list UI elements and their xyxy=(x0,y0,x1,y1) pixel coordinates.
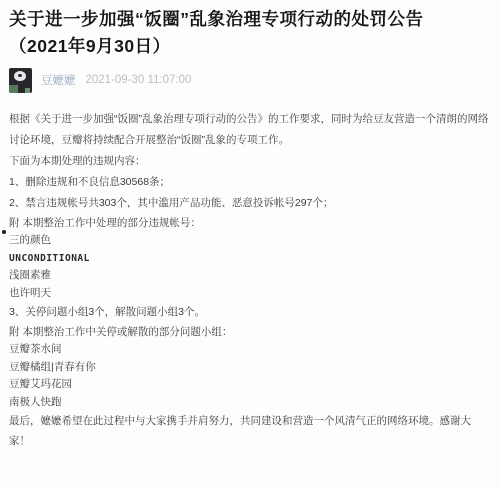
banned-account: 浅圈素雅 xyxy=(9,267,491,285)
banned-account: 三的颜色 xyxy=(9,232,491,250)
closed-group: 豆瓣茶水间 xyxy=(9,341,491,359)
title-line1: 关于进一步加强“饭圈”乱象治理专项行动的处罚公告 xyxy=(9,9,424,29)
closed-group: 豆瓣橘组|青春有你 xyxy=(9,359,491,377)
banned-accounts-list: 三的颜色 UNCONDITIONAL 浅圈素雅 也许明天 xyxy=(9,232,491,302)
post-meta-row: 豆嬷嬷 2021-09-30 11:07:00 xyxy=(9,67,491,93)
avatar-green-patch-small xyxy=(25,88,30,93)
closed-group: 南极人快跑 xyxy=(9,394,491,412)
closing-paragraph: 最后，嬷嬷希望在此过程中与大家携手并肩努力，共同建设和营造一个风清气正的网络环境… xyxy=(9,411,491,451)
page-title: 关于进一步加强“饭圈”乱象治理专项行动的处罚公告（2021年9月30日） xyxy=(9,6,491,60)
stray-bullet-dot xyxy=(2,230,6,234)
avatar[interactable] xyxy=(9,68,32,93)
avatar-face-detail xyxy=(18,74,22,77)
post-body: 根据《关于进一步加强“饭圈”乱象治理专项行动的公告》的工作要求，同时为给豆友营造… xyxy=(9,109,491,451)
attachment-label-accounts: 附 本期整治工作中处理的部分违规帐号： xyxy=(9,214,491,232)
closed-group: 豆瓣艾玛花园 xyxy=(9,376,491,394)
attachment-label-groups: 附 本期整治工作中关停或解散的部分问题小组： xyxy=(9,323,491,341)
title-line2: （2021年9月30日） xyxy=(9,36,171,56)
avatar-green-patch xyxy=(9,85,18,93)
author-link[interactable]: 豆嬷嬷 xyxy=(41,72,76,88)
post-timestamp: 2021-09-30 11:07:00 xyxy=(86,74,192,86)
banned-account: UNCONDITIONAL xyxy=(9,250,491,268)
intro-paragraph: 根据《关于进一步加强“饭圈”乱象治理专项行动的公告》的工作要求，同时为给豆友营造… xyxy=(9,109,491,151)
closed-groups-list: 豆瓣茶水间 豆瓣橘组|青春有你 豆瓣艾玛花园 南极人快跑 xyxy=(9,341,491,411)
violation-item-2: 2、禁言违规帐号共303个，其中滥用产品功能、恶意投诉帐号297个； xyxy=(9,193,491,214)
announcement-page: 关于进一步加强“饭圈”乱象治理专项行动的处罚公告（2021年9月30日） 豆嬷嬷… xyxy=(0,0,500,487)
banned-account: 也许明天 xyxy=(9,285,491,303)
section-lead: 下面为本期处理的违规内容： xyxy=(9,151,491,172)
violation-item-3: 3、关停问题小组3个，解散问题小组3个。 xyxy=(9,302,491,323)
violation-item-1: 1、删除违规和不良信息30568条； xyxy=(9,172,491,193)
